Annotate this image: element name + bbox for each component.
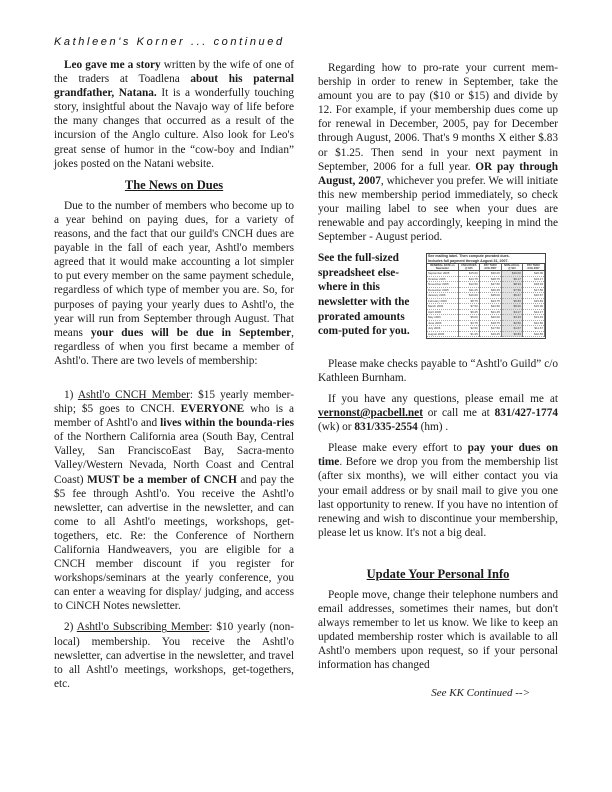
spreadsheet-cell: August 2006 bbox=[427, 331, 458, 337]
ontime-text: Please make every effort to bbox=[328, 442, 468, 454]
ontime-paragraph: Please make every effort to pay your due… bbox=[318, 441, 558, 540]
membership-level-1: 1) Ashtl'o CNCH Member: $15 yearly membe… bbox=[54, 388, 294, 614]
intro-paragraph: Leo gave me a story written by the wife … bbox=[54, 58, 294, 171]
prorated-dues-spreadsheet: See mailing label. Then compute prorated… bbox=[426, 253, 546, 339]
level-1-text-4: and pay the $5 fee through Ashtl'o. You … bbox=[54, 474, 294, 613]
level-1-bold-everyone: EVERYONE bbox=[181, 403, 245, 415]
spreadsheet-cell: $10.83 bbox=[522, 331, 544, 337]
continued-link[interactable]: See KK Continued --> bbox=[318, 686, 558, 700]
spreadsheet-body: September 2005$15.00$30.00$10.00$20.00Oc… bbox=[427, 271, 545, 337]
spreadsheet-cell: $0.83 bbox=[501, 331, 522, 337]
dues-text: Due to the number of members who become … bbox=[54, 200, 294, 339]
column-header: PAY THRU AUG 2007 bbox=[479, 264, 501, 271]
spreadsheet-header-row: RENEWAL DATE on Newsletter CNCH DUES @ $… bbox=[427, 264, 545, 271]
spreadsheet-caption-line-2: Includes full payment through August 31,… bbox=[428, 259, 544, 263]
dues-paragraph: Due to the number of members who become … bbox=[54, 199, 294, 368]
left-column: Leo gave me a story written by the wife … bbox=[54, 58, 294, 698]
intro-text-rest: It is a wonderfully touching story, insi… bbox=[54, 87, 294, 169]
contact-text: If you have any questions, please email … bbox=[328, 393, 558, 405]
spreadsheet-caption: See mailing label. Then compute prorated… bbox=[427, 254, 545, 264]
contact-text-3: (wk) or bbox=[318, 421, 354, 433]
home-phone: 831/335-2554 bbox=[354, 421, 417, 433]
update-heading: Update Your Personal Info bbox=[318, 567, 558, 581]
prorate-text: Regarding how to pro-rate your current m… bbox=[318, 62, 558, 173]
update-paragraph: People move, change their telephone numb… bbox=[318, 588, 558, 673]
work-phone: 831/427-1774 bbox=[495, 407, 558, 419]
aside-note: See the full-sized spreadsheet else-wher… bbox=[318, 251, 418, 339]
ontime-text-rest: . Before we drop you from the membership… bbox=[318, 456, 558, 538]
dues-bold-september: your dues will be due in September bbox=[91, 327, 291, 339]
level-1-title: Ashtl'o CNCH Member bbox=[78, 389, 190, 401]
membership-level-2: 2) Ashtl'o Subscribing Member: $10 yearl… bbox=[54, 620, 294, 690]
level-2-number: 2) bbox=[64, 621, 77, 633]
page-header: Kathleen's Korner ... continued bbox=[54, 36, 285, 48]
right-column: Regarding how to pro-rate your current m… bbox=[318, 61, 558, 700]
prorate-paragraph: Regarding how to pro-rate your current m… bbox=[318, 61, 558, 244]
level-1-number: 1) bbox=[64, 389, 78, 401]
spreadsheet-aside: See the full-sized spreadsheet else-wher… bbox=[318, 251, 558, 339]
checks-paragraph: Please make checks payable to “Ashtl'o G… bbox=[318, 357, 558, 385]
level-1-bold-must: MUST be a member of CNCH bbox=[87, 474, 237, 486]
spreadsheet-cell: $16.25 bbox=[479, 331, 501, 337]
column-header: CNCH DUES @ $15 bbox=[458, 264, 479, 271]
spreadsheet-cell: $1.25 bbox=[458, 331, 479, 337]
column-header: PAY THRU AUG 2007 bbox=[522, 264, 544, 271]
dues-heading: The News on Dues bbox=[54, 178, 294, 192]
level-2-title: Ashtl'o Subscribing Member bbox=[77, 621, 209, 633]
contact-text-4: (hm) . bbox=[418, 421, 448, 433]
intro-bold-lead: Leo gave me a story bbox=[64, 59, 161, 71]
spreadsheet-row: August 2006$1.25$16.25$0.83$10.83 bbox=[427, 331, 545, 337]
column-header: RENEWAL DATE on Newsletter bbox=[427, 264, 458, 271]
contact-text-2: or call me at bbox=[423, 407, 495, 419]
email-link[interactable]: vernonst@pacbell.net bbox=[318, 407, 423, 419]
level-1-bold-boundaries: lives within the bounda-ries bbox=[160, 417, 294, 429]
contact-paragraph: If you have any questions, please email … bbox=[318, 392, 558, 434]
column-header: NON-LOCAL @ $10 bbox=[501, 264, 522, 271]
spreadsheet-table: RENEWAL DATE on Newsletter CNCH DUES @ $… bbox=[427, 264, 545, 337]
